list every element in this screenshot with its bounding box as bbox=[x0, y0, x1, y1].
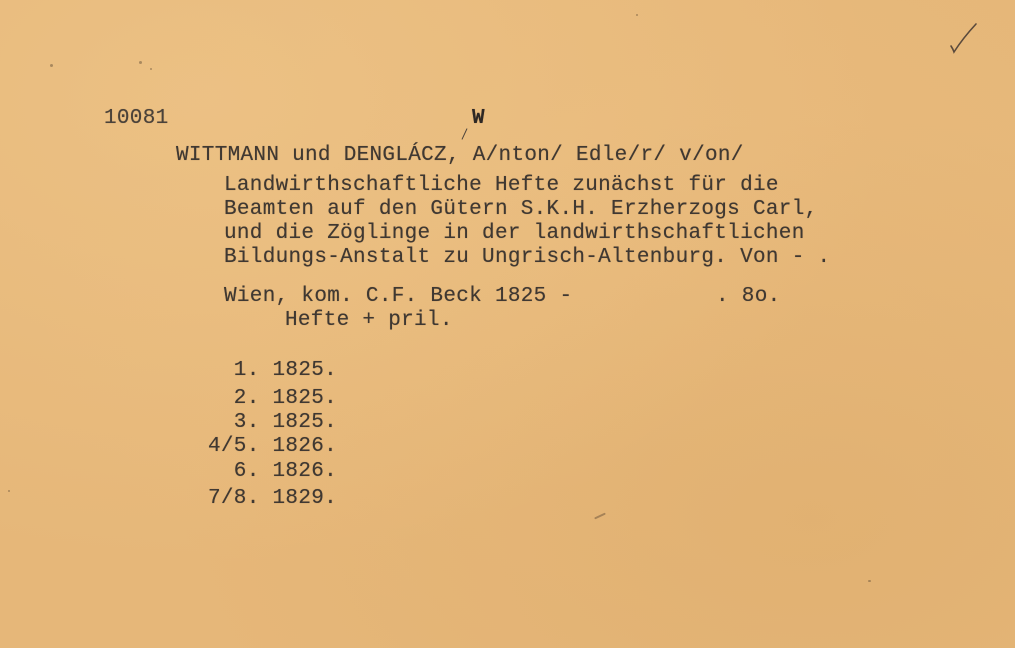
call-number: 10081 bbox=[104, 107, 169, 131]
paper-speck bbox=[50, 64, 53, 67]
paper-speck bbox=[594, 513, 606, 520]
volume-year: 1829. bbox=[273, 487, 338, 510]
paper-speck bbox=[150, 68, 152, 70]
paper-speck bbox=[868, 580, 871, 582]
title-line: Landwirthschaftliche Hefte zunächst für … bbox=[224, 174, 779, 198]
volume-entry: 7/8. 1829. bbox=[120, 463, 290, 535]
format: . 8o. bbox=[716, 285, 781, 309]
accent-mark bbox=[462, 128, 468, 139]
checkmark-icon bbox=[945, 18, 985, 58]
title-line: Beamten auf den Gütern S.K.H. Erzherzogs… bbox=[224, 198, 818, 222]
filing-letter: W bbox=[472, 107, 485, 131]
imprint: Wien, kom. C.F. Beck 1825 - bbox=[224, 285, 572, 309]
extent: Hefte + pril. bbox=[285, 309, 453, 333]
catalog-card: 10081 W WITTMANN und DENGLÁCZ, A/nton/ E… bbox=[0, 0, 1015, 648]
title-line: Bildungs-Anstalt zu Ungrisch-Altenburg. … bbox=[224, 246, 830, 270]
paper-speck bbox=[139, 61, 142, 64]
author-heading: WITTMANN und DENGLÁCZ, A/nton/ Edle/r/ v… bbox=[176, 144, 744, 168]
title-line: und die Zöglinge in der landwirthschaftl… bbox=[224, 222, 805, 246]
paper-speck bbox=[8, 490, 10, 492]
volume-number: 7/8. bbox=[172, 487, 260, 511]
paper-speck bbox=[636, 14, 638, 16]
